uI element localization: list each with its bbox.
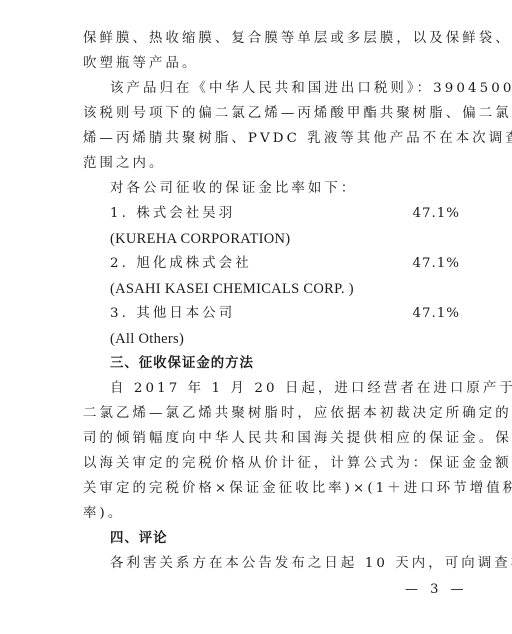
rates-intro: 对各公司征收的保证金比率如下：: [110, 180, 460, 198]
page-number: — 3 —: [405, 582, 468, 597]
paragraph-line: 关审定的完税价格×保证金征收比率)×(1＋进口环节增值税税: [83, 480, 460, 498]
paragraph-line: 司的倾销幅度向中华人民共和国海关提供相应的保证金。保证金: [83, 430, 460, 448]
section-heading: 三、征收保证金的方法: [110, 355, 460, 373]
company-rate: 47.1%: [412, 205, 460, 223]
section-heading: 四、评论: [110, 530, 460, 548]
paragraph-line: 二氯乙烯—氯乙烯共聚树脂时，应依据本初裁决定所确定的各公: [83, 405, 460, 423]
paragraph-line: 吹塑瓶等产品。: [83, 55, 460, 73]
company-name-cn: 2. 旭化成株式会社: [110, 255, 460, 273]
company-name-en: (KUREHA CORPORATION): [110, 230, 460, 248]
paragraph-line: 以海关审定的完税价格从价计征，计算公式为：保证金金额＝(海: [83, 455, 460, 473]
company-name-cn: 1. 株式会社吴羽: [110, 205, 460, 223]
company-name-cn: 3. 其他日本公司: [110, 305, 460, 323]
company-rate: 47.1%: [412, 305, 460, 323]
paragraph-line: 各利害关系方在本公告发布之日起 10 天内，可向调查机关提: [110, 555, 460, 573]
paragraph-line: 该税则号项下的偏二氯乙烯—丙烯酸甲酯共聚树脂、偏二氯乙: [83, 105, 460, 123]
company-name-en: (ASAHI KASEI CHEMICALS CORP. ): [110, 280, 460, 298]
paragraph-line: 自 2017 年 1 月 20 日起，进口经营者在进口原产于日本的偏: [110, 380, 460, 398]
paragraph-line: 烯—丙烯腈共聚树脂、PVDC 乳液等其他产品不在本次调查产品: [83, 130, 460, 148]
paragraph-line: 率)。: [83, 505, 460, 523]
document-page: 保鲜膜、热收缩膜、复合膜等单层或多层膜，以及保鲜袋、复合袋、 吹塑瓶等产品。 该…: [0, 0, 512, 634]
company-rate: 47.1%: [412, 255, 460, 273]
paragraph-line: 该产品归在《中华人民共和国进出口税则》：39045000 项下。: [110, 80, 460, 98]
paragraph-line: 范围之内。: [83, 155, 460, 173]
paragraph-line: 保鲜膜、热收缩膜、复合膜等单层或多层膜，以及保鲜袋、复合袋、: [83, 30, 460, 48]
company-name-en: (All Others): [110, 330, 460, 348]
